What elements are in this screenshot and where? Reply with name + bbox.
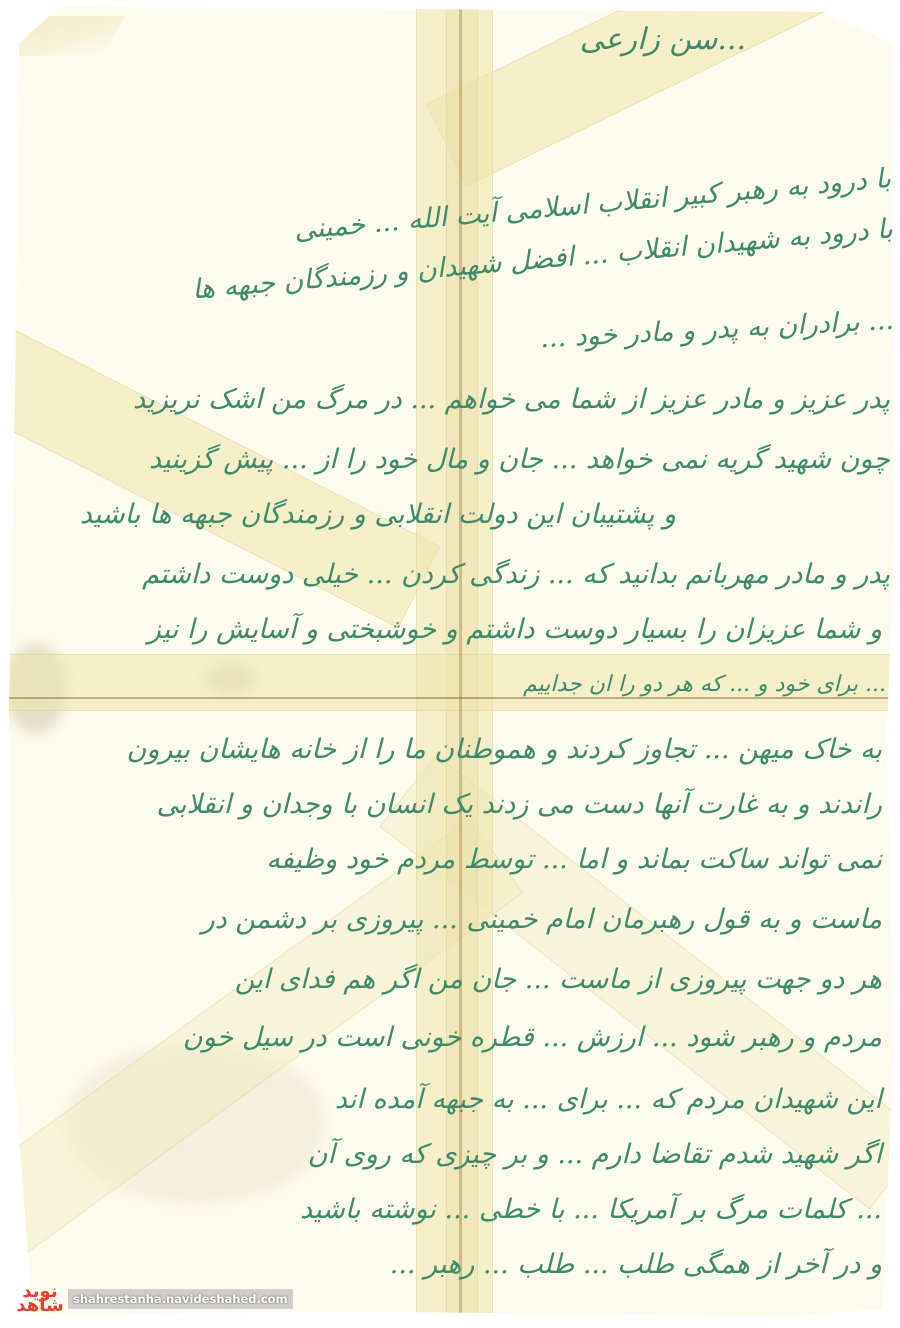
letter-line: هر دو جهت پیروزی از ماست ... جان من اگر … bbox=[235, 964, 882, 995]
letter-header: ...سن زارعی bbox=[580, 22, 746, 57]
letter-line: ... برای خود و ... که هر دو را ان جداییم bbox=[523, 672, 886, 697]
navideshahed-logo-icon: نوید شاهد bbox=[14, 1280, 66, 1318]
letter-line: و در آخر از همگی طلب ... طلب ... رهبر ..… bbox=[390, 1249, 882, 1280]
watermark-url: shahrestanha.navideshahed.com bbox=[68, 1289, 293, 1309]
letter-line: پدر و مادر مهربانم بدانید که ... زندگی ک… bbox=[142, 559, 890, 590]
letter-line: اگر شهید شدم تقاضا دارم ... و بر چیزی که… bbox=[308, 1139, 882, 1170]
letter-paper: ...سن زارعی با درود به رهبر کبیر انقلاب … bbox=[6, 4, 896, 1322]
letter-line: نمی تواند ساکت بماند و اما ... توسط مردم… bbox=[266, 844, 882, 875]
site-watermark: نوید شاهد shahrestanha.navideshahed.com bbox=[14, 1282, 293, 1316]
letter-line: ... کلمات مرگ بر آمریکا ... با خطی ... ن… bbox=[300, 1194, 882, 1225]
letter-line: و پشتیبان این دولت انقلابی و رزمندگان جب… bbox=[80, 499, 676, 530]
letter-line: راندند و به غارت آنها دست می زدند یک انس… bbox=[156, 789, 882, 820]
letter-line: ... برادران به پدر و مادر خود ... bbox=[539, 305, 894, 354]
letter-line: به خاک میهن ... تجاوز کردند و هموطنان ما… bbox=[127, 734, 882, 765]
folded-corner bbox=[6, 16, 126, 56]
letter-line: مردم و رهبر شود ... ارزش ... قطره خونی ا… bbox=[183, 1022, 882, 1053]
letter-line: و شما عزیزان را بسیار دوست داشتم و خوشبخ… bbox=[148, 614, 882, 645]
letter-line: چون شهید گریه نمی خواهد ... جان و مال خو… bbox=[149, 444, 890, 475]
fold-line-horizontal bbox=[6, 697, 896, 699]
letter-line: ماست و به قول رهبرمان امام خمینی ... پیر… bbox=[202, 904, 882, 935]
letter-line: پدر عزیز و مادر عزیز از شما می خواهم ...… bbox=[133, 384, 890, 415]
letter-line: این شهیدان مردم که ... برای ... به جبهه … bbox=[335, 1084, 882, 1115]
